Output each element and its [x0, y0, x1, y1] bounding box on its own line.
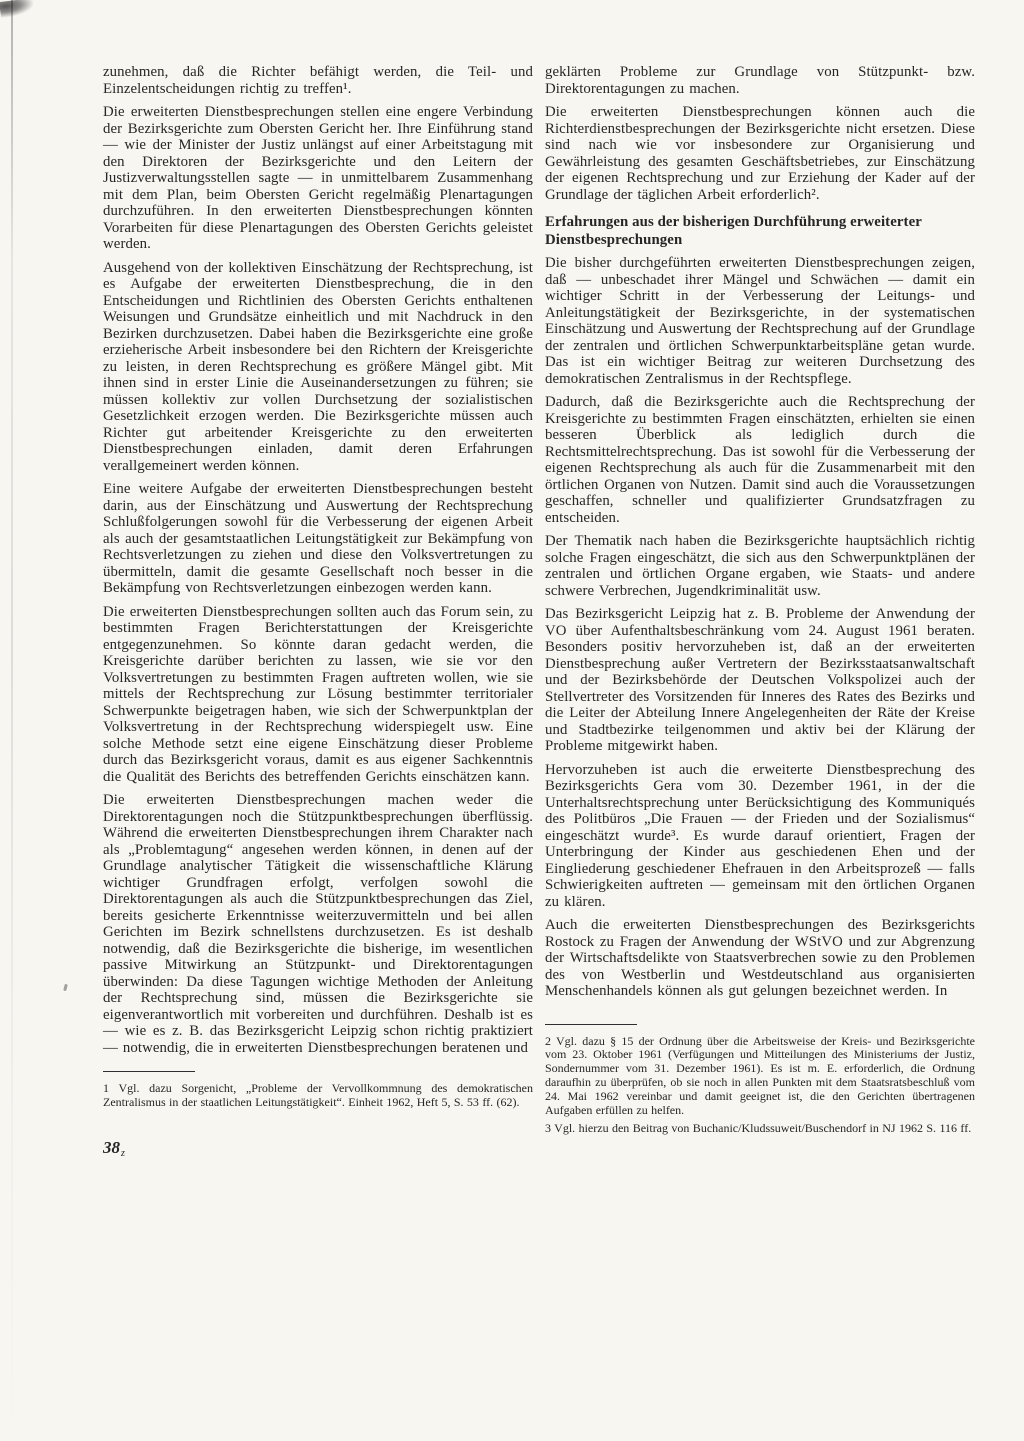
right-column-footnotes: 2 Vgl. dazu § 15 der Ordnung über die Ar…: [545, 1035, 975, 1136]
footnote: 2 Vgl. dazu § 15 der Ordnung über die Ar…: [545, 1035, 975, 1118]
paragraph: Auch die erweiterten Dienstbesprechungen…: [545, 917, 975, 1000]
scan-speck-artifact: [63, 984, 68, 992]
section-heading: Erfahrungen aus der bisherigen Durchführ…: [545, 214, 975, 249]
footnote: 1 Vgl. dazu Sorgenicht, „Probleme der Ve…: [103, 1082, 533, 1110]
paragraph: Hervorzuheben ist auch die erweiterte Di…: [545, 762, 975, 911]
right-column-body-text: Die bisher durchgeführten erweiterten Di…: [545, 255, 975, 1000]
scan-edge-line-artifact: [11, 0, 13, 1441]
footnote-rule: [103, 1071, 195, 1072]
right-column-intro-text: geklärten Probleme zur Grundlage von Stü…: [545, 64, 975, 203]
paragraph: Ausgehend von der kollektiven Einschätzu…: [103, 260, 533, 475]
paragraph: Die erweiterten Dienstbesprechungen mach…: [103, 792, 533, 1056]
page-number-suffix: z: [121, 1148, 125, 1159]
paragraph: Dadurch, daß die Bezirksgerichte auch di…: [545, 394, 975, 526]
paragraph: Die erweiterten Dienstbesprechungen soll…: [103, 604, 533, 786]
left-column-footnotes: 1 Vgl. dazu Sorgenicht, „Probleme der Ve…: [103, 1082, 533, 1110]
paragraph: geklärten Probleme zur Grundlage von Stü…: [545, 64, 975, 97]
paragraph: Der Thematik nach haben die Bezirksgeric…: [545, 533, 975, 599]
paragraph: zunehmen, daß die Richter befähigt werde…: [103, 64, 533, 97]
left-column-text: zunehmen, daß die Richter befähigt werde…: [103, 64, 533, 1056]
footnote-rule: [545, 1024, 637, 1025]
paragraph: Das Bezirksgericht Leipzig hat z. B. Pro…: [545, 606, 975, 755]
paragraph: Eine weitere Aufgabe der erweiterten Die…: [103, 481, 533, 597]
left-column: zunehmen, daß die Richter befähigt werde…: [103, 64, 533, 1159]
footnote: 3 Vgl. hierzu den Beitrag von Buchanic/K…: [545, 1122, 975, 1136]
paragraph: Die erweiterten Dienstbesprechungen könn…: [545, 104, 975, 203]
paragraph: Die bisher durchgeführten erweiterten Di…: [545, 255, 975, 387]
page-number-value: 38: [103, 1138, 120, 1157]
scan-smudge-artifact: [0, 0, 35, 18]
journal-page: zunehmen, daß die Richter befähigt werde…: [0, 0, 1024, 1441]
right-column: geklärten Probleme zur Grundlage von Stü…: [545, 64, 975, 1140]
paragraph: Die erweiterten Dienstbesprechungen stel…: [103, 104, 533, 253]
page-number: 38z: [103, 1138, 533, 1159]
